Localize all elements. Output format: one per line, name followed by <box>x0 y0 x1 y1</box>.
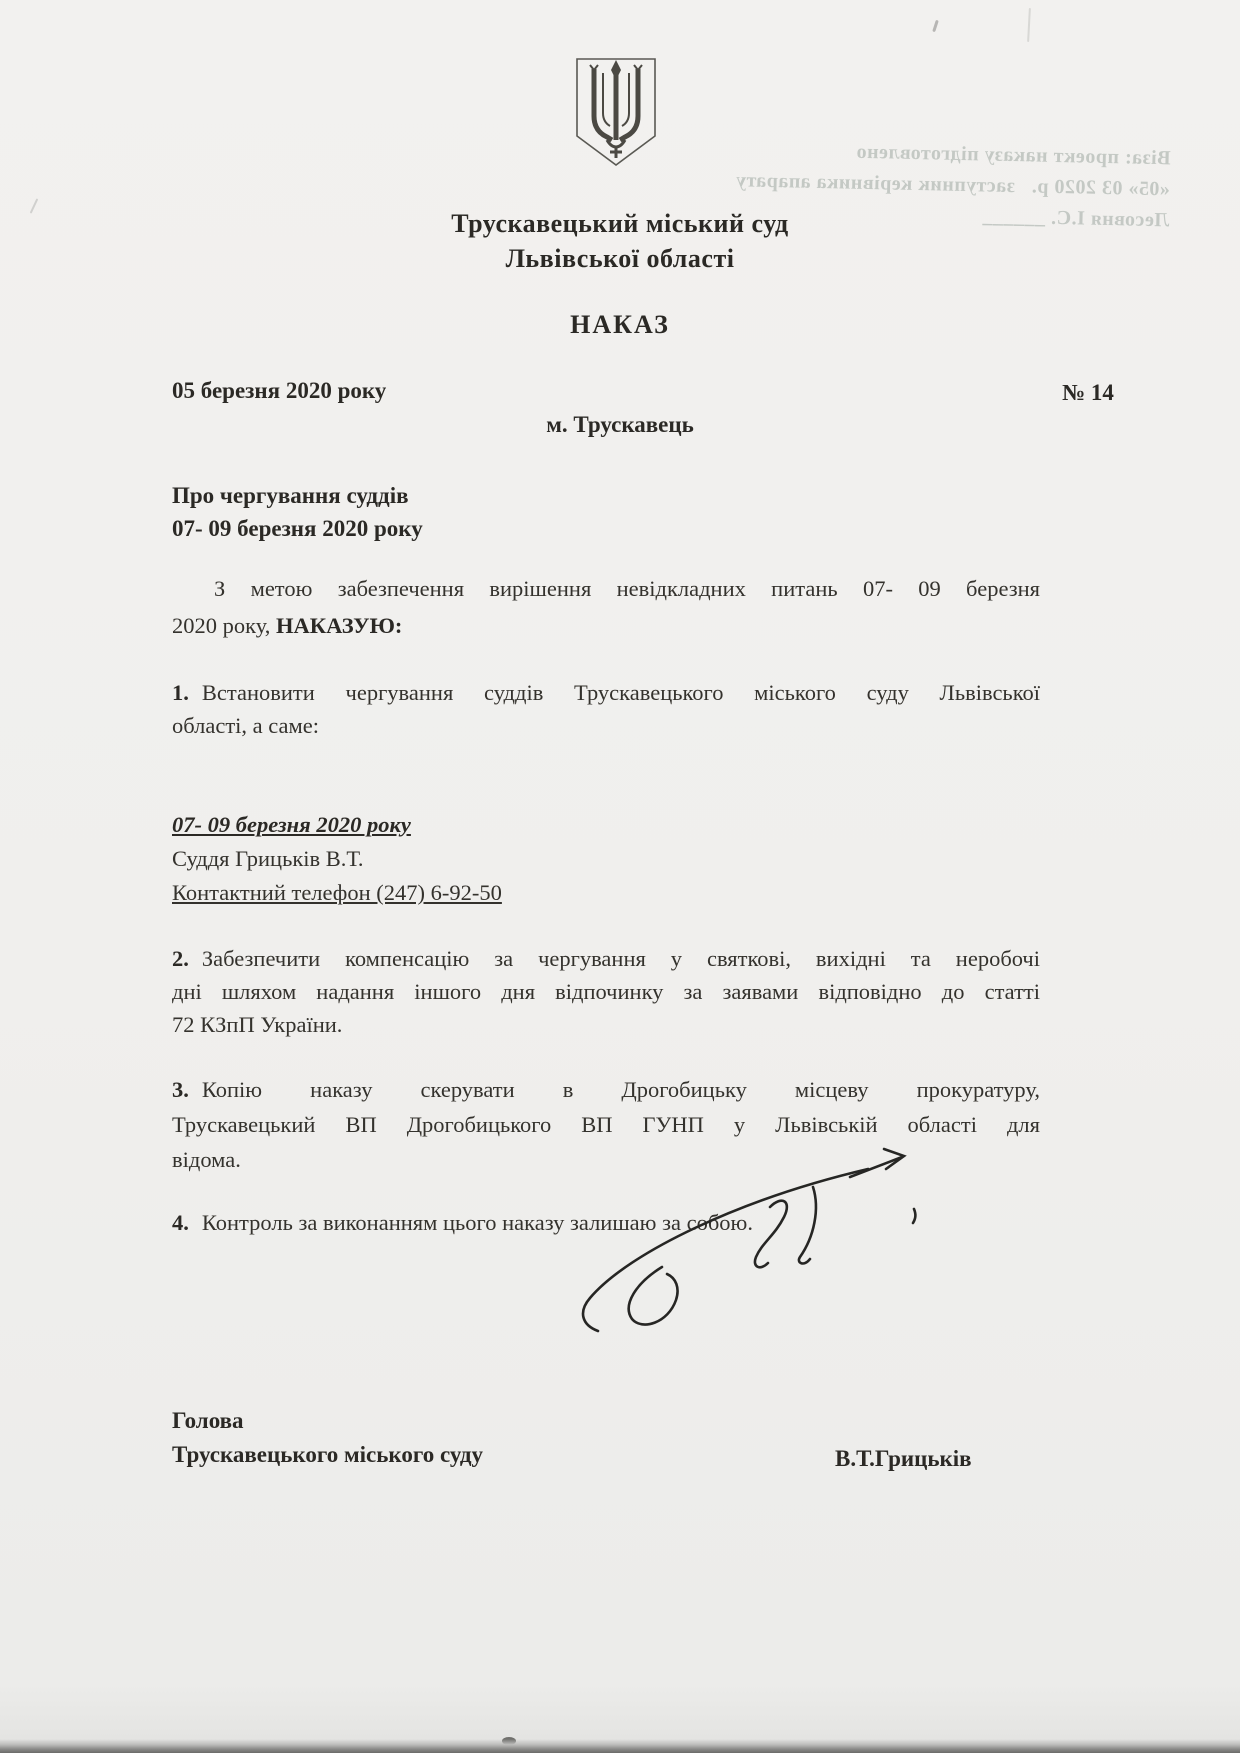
order-item-1: 1.Встановити чергування суддів Трускавец… <box>172 676 1040 742</box>
document-subject: Про чергування суддів 07- 09 березня 202… <box>172 479 423 545</box>
scan-speck <box>1027 8 1031 42</box>
item-text: Копію наказу скерувати в Дрогобицьку міс… <box>202 1077 1040 1102</box>
preamble-emphasis: НАКАЗУЮ: <box>276 613 402 638</box>
scanned-document-page: Віза: проект наказу підготовлено «05» 03… <box>0 0 1240 1753</box>
duty-phone: Контактний телефон (247) 6-92-50 <box>172 876 502 910</box>
scanner-edge-shadow <box>0 1739 1240 1753</box>
signature-handwriting <box>570 1145 920 1345</box>
item-text: Встановити чергування суддів Трускавецьк… <box>202 680 1040 705</box>
signer-position-line2: Трускавецького міського суду <box>172 1438 483 1472</box>
document-city: м. Трускавець <box>0 412 1240 438</box>
duty-judge: Суддя Грицьків В.Т. <box>172 842 502 876</box>
item-number: 2. <box>172 946 189 971</box>
document-type-title: НАКАЗ <box>0 310 1240 340</box>
court-name-line1: Трускавецький міський суд <box>0 206 1240 241</box>
subject-line2: 07- 09 березня 2020 року <box>172 512 423 545</box>
duty-period: 07- 09 березня 2020 року <box>172 808 502 842</box>
order-item-2: 2.Забезпечити компенсацію за чергування … <box>172 942 1040 1041</box>
order-item-line: 2.Забезпечити компенсацію за чергування … <box>172 942 1040 975</box>
document-number: № 14 <box>1062 380 1114 406</box>
order-item-line: області, а саме: <box>172 709 1040 742</box>
item-number: 4. <box>172 1210 189 1235</box>
item-text: Забезпечити компенсацію за чергування у … <box>202 946 1040 971</box>
item-number: 3. <box>172 1077 189 1102</box>
duty-schedule: 07- 09 березня 2020 року Суддя Грицьків … <box>172 808 502 910</box>
order-item-line: 3.Копію наказу скерувати в Дрогобицьку м… <box>172 1072 1040 1107</box>
scan-speck <box>932 20 939 32</box>
preamble-line1: З метою забезпечення вирішення невідклад… <box>172 570 1040 607</box>
order-item-line: 72 КЗпП України. <box>172 1008 1040 1041</box>
signer-name: В.Т.Грицьків <box>835 1446 972 1472</box>
court-name-line2: Львівської області <box>0 241 1240 276</box>
order-item-line: Трускавецький ВП Дрогобицького ВП ГУНП у… <box>172 1107 1040 1142</box>
subject-line1: Про чергування суддів <box>172 479 423 512</box>
document-date: 05 березня 2020 року <box>172 378 386 404</box>
preamble-line2: 2020 року, НАКАЗУЮ: <box>172 607 1040 644</box>
item-number: 1. <box>172 680 189 705</box>
ukraine-trident-emblem-icon <box>570 56 662 168</box>
court-name: Трускавецький міський суд Львівської обл… <box>0 206 1240 276</box>
signer-position-line1: Голова <box>172 1404 483 1438</box>
signer-position: Голова Трускавецького міського суду <box>172 1404 483 1472</box>
order-item-line: 1.Встановити чергування суддів Трускавец… <box>172 676 1040 709</box>
preamble: З метою забезпечення вирішення невідклад… <box>172 570 1040 644</box>
preamble-line2-lead: 2020 року, <box>172 613 276 638</box>
order-item-line: дні шляхом надання іншого дня відпочинку… <box>172 975 1040 1008</box>
